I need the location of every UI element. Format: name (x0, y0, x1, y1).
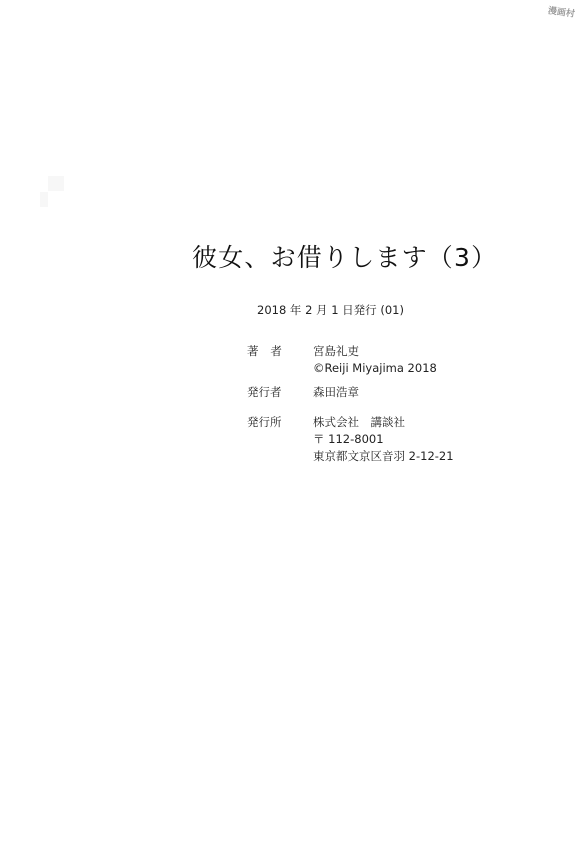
copyright-row: ©Reiji Miyajima 2018 (247, 360, 507, 377)
publisher-company-label: 発行所 (247, 414, 307, 431)
book-title: 彼女、お借りします（3） (192, 243, 497, 273)
postal-code-row: 〒 112-8001 (247, 431, 507, 448)
publisher-address: 東京都文京区音羽 2-12-21 (313, 448, 454, 465)
watermark-text: 漫画村 (547, 3, 576, 20)
publisher-person-label: 発行者 (247, 384, 307, 401)
address-row: 東京都文京区音羽 2-12-21 (247, 448, 507, 465)
author-label: 著 者 (247, 343, 307, 360)
copyright-notice: ©Reiji Miyajima 2018 (313, 360, 437, 377)
author-row: 著 者 宮島礼吏 (247, 343, 507, 360)
publisher-company-name: 株式会社 講談社 (313, 414, 405, 431)
author-name: 宮島礼吏 (313, 343, 359, 360)
scan-smudge (40, 192, 48, 207)
publisher-person-name: 森田浩章 (313, 384, 359, 401)
issue-date: 2018 年 2 月 1 日発行 (01) (257, 302, 404, 318)
colophon-page: 漫画村 彼女、お借りします（3） 2018 年 2 月 1 日発行 (01) 著… (0, 0, 578, 864)
publisher-person-row: 発行者 森田浩章 (247, 384, 507, 401)
publisher-company-row: 発行所 株式会社 講談社 (247, 414, 507, 431)
postal-code: 〒 112-8001 (313, 431, 384, 448)
scan-smudge (48, 176, 64, 191)
colophon-table: 著 者 宮島礼吏 ©Reiji Miyajima 2018 発行者 森田浩章 発… (247, 343, 507, 465)
